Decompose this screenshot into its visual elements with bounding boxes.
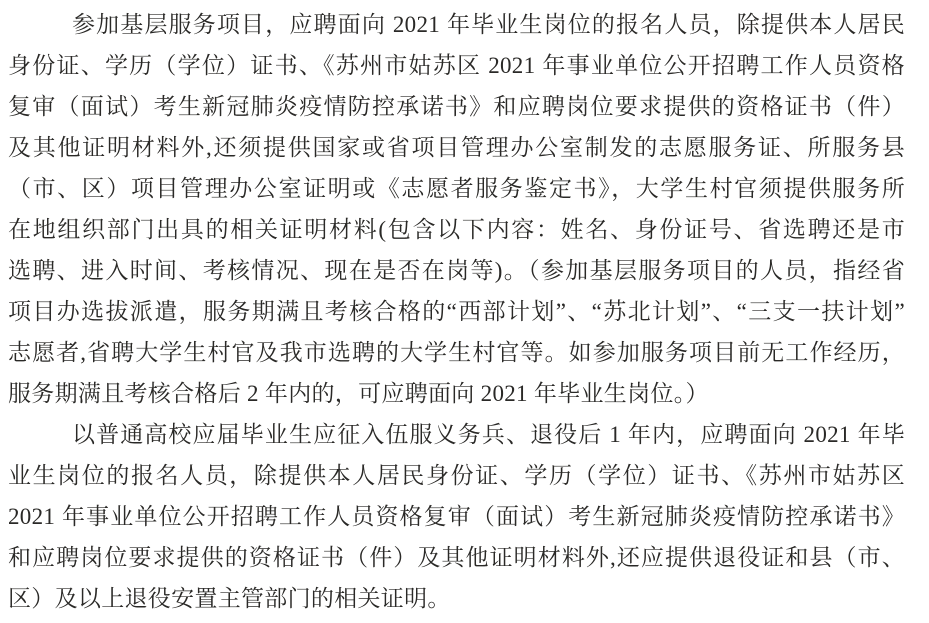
text-line: 业生岗位的报名人员，除提供本人居民身份证、学历（学位）证书、《苏州市姑苏区: [8, 455, 905, 496]
paragraph: 以普通高校应届毕业生应征入伍服义务兵、退役后 1 年内，应聘面向 2021 年毕…: [8, 414, 905, 619]
text-line: 复审（面试）考生新冠肺炎疫情防控承诺书》和应聘岗位要求提供的资格证书（件）: [8, 86, 905, 127]
text-line: 2021 年事业单位公开招聘工作人员资格复审（面试）考生新冠肺炎疫情防控承诺书》: [8, 496, 905, 537]
text-line: 服务期满且考核合格后 2 年内的，可应聘面向 2021 年毕业生岗位。）: [8, 373, 905, 414]
text-line: 及其他证明材料外,还须提供国家或省项目管理办公室制发的志愿服务证、所服务县: [8, 127, 905, 168]
text-line: 和应聘岗位要求提供的资格证书（件）及其他证明材料外,还应提供退役证和县（市、: [8, 537, 905, 578]
text-line: 项目办选拔派遣，服务期满且考核合格的“西部计划”、“苏北计划”、“三支一扶计划”: [8, 291, 905, 332]
text-line: 身份证、学历（学位）证书、《苏州市姑苏区 2021 年事业单位公开招聘工作人员资…: [8, 45, 905, 86]
text-line: 选聘、进入时间、考核情况、现在是否在岗等)。（参加基层服务项目的人员，指经省: [8, 250, 905, 291]
text-line: （市、区）项目管理办公室证明或《志愿者服务鉴定书》，大学生村官须提供服务所: [8, 168, 905, 209]
text-line: 以普通高校应届毕业生应征入伍服义务兵、退役后 1 年内，应聘面向 2021 年毕: [8, 414, 905, 455]
document-body: 参加基层服务项目，应聘面向 2021 年毕业生岗位的报名人员，除提供本人居民身份…: [8, 4, 905, 619]
text-line: 志愿者,省聘大学生村官及我市选聘的大学生村官等。如参加服务项目前无工作经历，: [8, 332, 905, 373]
text-line: 区）及以上退役安置主管部门的相关证明。: [8, 578, 905, 619]
paragraph: 参加基层服务项目，应聘面向 2021 年毕业生岗位的报名人员，除提供本人居民身份…: [8, 4, 905, 414]
document-page: 参加基层服务项目，应聘面向 2021 年毕业生岗位的报名人员，除提供本人居民身份…: [0, 0, 929, 623]
text-line: 参加基层服务项目，应聘面向 2021 年毕业生岗位的报名人员，除提供本人居民: [8, 4, 905, 45]
text-line: 在地组织部门出具的相关证明材料(包含以下内容：姓名、身份证号、省选聘还是市: [8, 209, 905, 250]
